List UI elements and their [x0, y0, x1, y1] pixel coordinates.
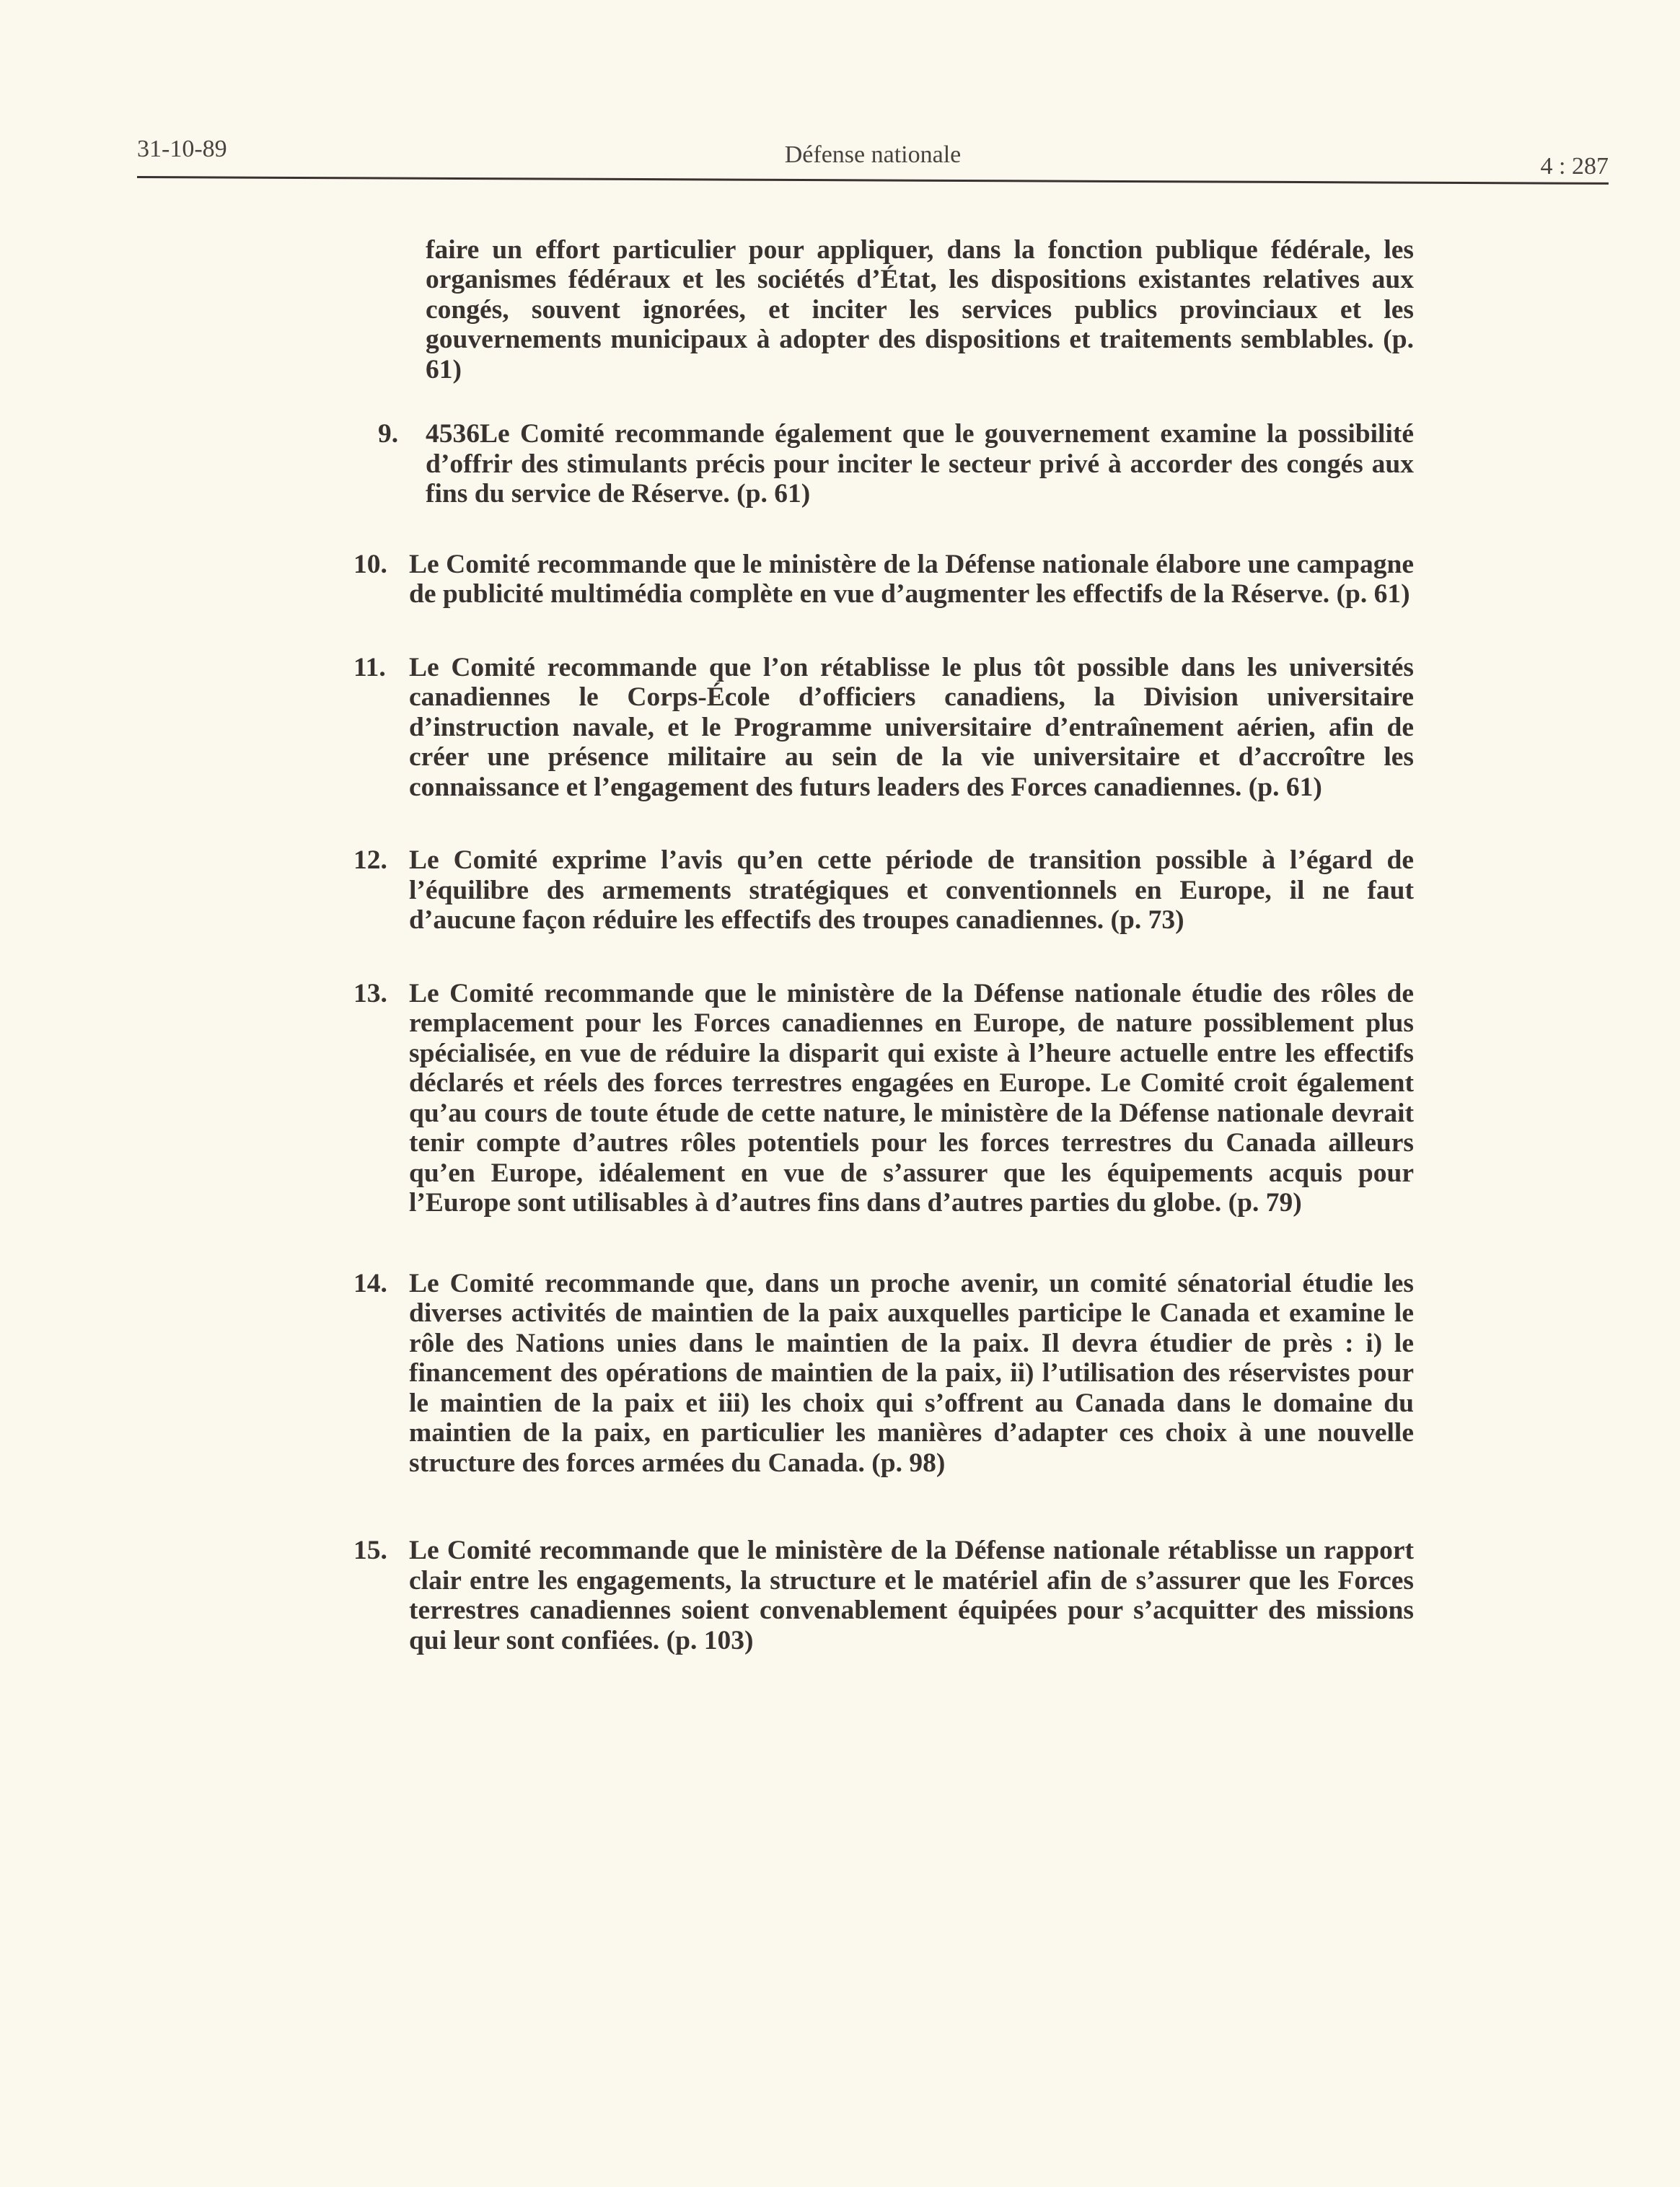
header-title: Défense nationale [137, 141, 1609, 169]
recommendation-15: 15. Le Comité recommande que le ministèr… [353, 1536, 1414, 1655]
recommendation-text: Le Comité recommande que l’on rétablisse… [409, 653, 1414, 802]
recommendation-number: 13. [353, 979, 387, 1009]
recommendation-text: Le Comité exprime l’avis qu’en cette pér… [409, 845, 1414, 935]
recommendation-text: Le Comité recommande que, dans un proche… [409, 1269, 1414, 1478]
recommendation-11: 11. Le Comité recommande que l’on rétabl… [353, 653, 1414, 803]
recommendation-9: 9. 4536Le Comité recommande également qu… [369, 419, 1414, 509]
recommendation-text: Le Comité recommande que le ministère de… [409, 979, 1414, 1218]
header-page-number: 4 : 287 [1541, 153, 1609, 180]
recommendation-12: 12. Le Comité exprime l’avis qu’en cette… [353, 845, 1414, 936]
recommendation-13: 13. Le Comité recommande que le ministèr… [353, 979, 1414, 1218]
recommendation-text: Le Comité recommande que le ministère de… [409, 1536, 1414, 1655]
recommendation-number: 11. [353, 653, 386, 683]
recommendation-number: 14. [353, 1269, 387, 1299]
recommendation-text: Le Comité recommande que le ministère de… [409, 550, 1414, 610]
continued-paragraph: faire un effort particulier pour appliqu… [426, 235, 1414, 385]
recommendation-number: 10. [353, 550, 387, 580]
recommendation-10: 10. Le Comité recommande que le ministèr… [353, 550, 1414, 610]
recommendation-number: 9. [378, 419, 398, 449]
page-header: 31-10-89 Défense nationale 4 : 287 [137, 136, 1609, 179]
recommendation-14: 14. Le Comité recommande que, dans un pr… [353, 1269, 1414, 1479]
recommendations-body: faire un effort particulier pour appliqu… [353, 208, 1414, 1696]
recommendation-number: 15. [353, 1536, 387, 1566]
recommendation-text: 4536Le Comité recommande également que l… [426, 419, 1414, 509]
recommendation-number: 12. [353, 845, 387, 876]
